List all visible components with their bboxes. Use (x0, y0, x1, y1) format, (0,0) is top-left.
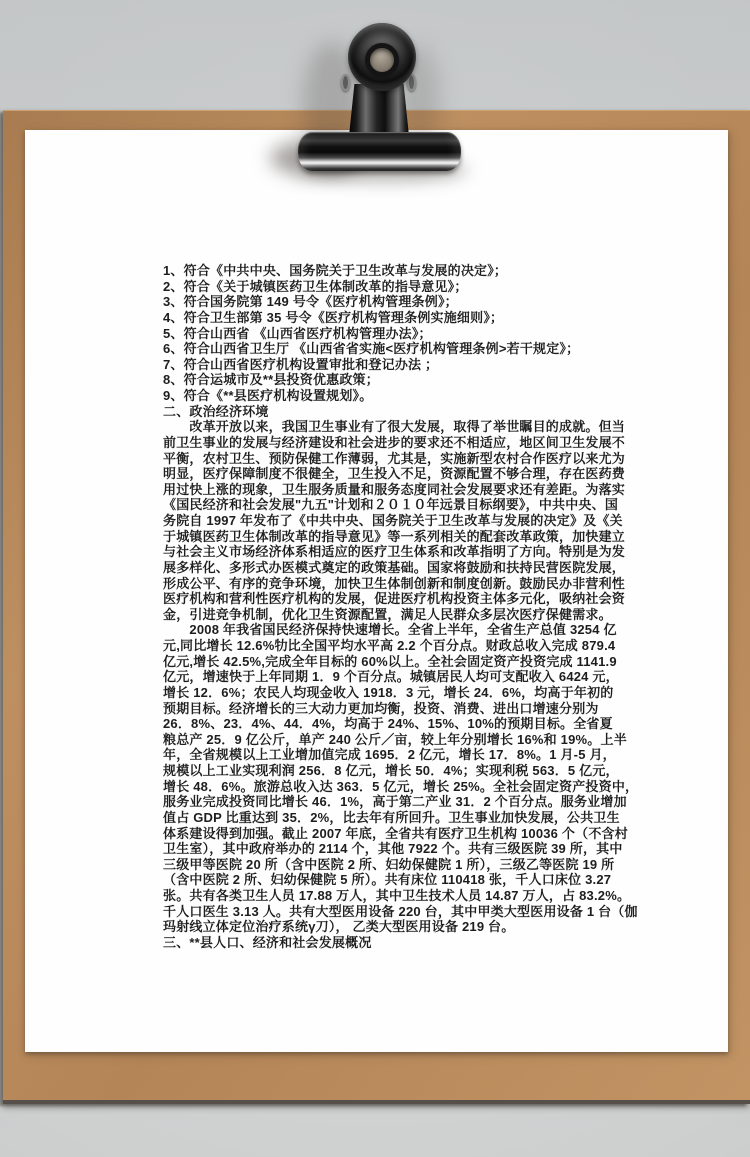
binder-clip-ring-hole (365, 43, 399, 77)
binder-clip-ring (348, 23, 416, 91)
text-line: 卫生室），其中政府举办的 2114 个，其他 7922 个。共有三级医院 39 … (163, 841, 599, 857)
text-line: 增长 48．6%。旅游总收入达 363．5 亿元，增长 25%。全社会固定资产投… (163, 779, 599, 795)
text-line: 8、符合运城市及**县投资优惠政策； (163, 372, 599, 388)
text-line: 于城镇医药卫生体制改革的指导意见》等一系列相关的配套改革政策，加快建立 (163, 529, 599, 545)
text-line: （含中医院 2 所、妇幼保健院 5 所）。共有床位 110418 张，千人口床位… (163, 872, 599, 888)
text-line: 2、符合《关于城镇医药卫生体制改革的指导意见》； (163, 279, 599, 295)
binder-clip-neck (349, 84, 409, 136)
text-line: 4、符合卫生部第 35 号令《医疗机构管理条例实施细则》； (163, 310, 599, 326)
text-line: 《国民经济和社会发展"九五"计划和２０１０年远景目标纲要》，中共中央、国 (163, 497, 599, 513)
text-line: 与社会主义市场经济体系相适应的医疗卫生体系和改革指明了方向。特别是为发 (163, 544, 599, 560)
text-line: 增长 12．6%；农民人均现金收入 1918．3 元，增长 24．6%，均高于年… (163, 685, 599, 701)
text-line: 预期目标。经济增长的三大动力更加均衡，投资、消费、进出口增速分别为 (163, 701, 599, 717)
text-line: 7、符合山西省医疗机构设置审批和登记办法 ； (163, 357, 599, 373)
binder-clip-bar (298, 132, 461, 171)
text-line: 元,同比增长 12.6%牞比全国平均水平高 2.2 个百分点。财政总收入完成 8… (163, 638, 599, 654)
text-line: 三级甲等医院 20 所（含中医院 2 所、妇幼保健院 1 所），三级乙等医院 1… (163, 857, 599, 873)
text-line: 规模以上工业实现利润 256．8 亿元，增长 50．4%；实现利税 563．5 … (163, 763, 599, 779)
document-text: 1、符合《中共中央、国务院关于卫生改革与发展的决定》；2、符合《关于城镇医药卫生… (163, 263, 599, 951)
text-line: 粮总产 25．9 亿公斤，单产 240 公斤／亩，较上年分别增长 16%和 19… (163, 732, 599, 748)
text-line: 前卫生事业的发展与经济建设和社会进步的要求还不相适应，地区间卫生发展不 (163, 435, 599, 451)
text-line: 玛射线立体定位治疗系统γ刀）， 乙类大型医用设备 219 台。 (163, 919, 599, 935)
text-line: 亿元，增速快于上年同期 1．9 个百分点。城镇居民人均可支配收入 6424 元， (163, 669, 599, 685)
text-line: 1、符合《中共中央、国务院关于卫生改革与发展的决定》； (163, 263, 599, 279)
text-line: 平衡，农村卫生、预防保健工作薄弱，尤其是，实施新型农村合作医疗以来尤为 (163, 451, 599, 467)
text-line: 二、政治经济环境 (163, 404, 599, 420)
text-line: 金，引进竞争机制，优化卫生资源配置，满足人民群众多层次医疗保健需求。 (163, 607, 599, 623)
text-line: 2008 年我省国民经济保持快速增长。全省上半年，全省生产总值 3254 亿 (163, 622, 599, 638)
text-line: 值占 GDP 比重达到 35．2%，比去年有所回升。卫生事业加快发展，公共卫生 (163, 810, 599, 826)
binder-clip-hook-left (341, 74, 350, 91)
text-line: 三、**县人口、经济和社会发展概况 (163, 935, 599, 951)
paper-sheet: 1、符合《中共中央、国务院关于卫生改革与发展的决定》；2、符合《关于城镇医药卫生… (25, 130, 728, 1052)
text-line: 医疗机构和营利性医疗机构的发展，促进医疗机构投资主体多元化，吸纳社会资 (163, 591, 599, 607)
text-line: 千人口医生 3.13 人。共有大型医用设备 220 台，其中甲类大型医用设备 1… (163, 904, 599, 920)
text-line: 形成公平、有序的竞争环境，加快卫生体制创新和制度创新。鼓励民办非营利性 (163, 576, 599, 592)
text-line: 体系建设得到加强。截止 2007 年底，全省共有医疗卫生机构 10036 个（不… (163, 826, 599, 842)
text-line: 用过快上涨的现象，卫生服务质量和服务态度同社会发展要求还有差距。为落实 (163, 482, 599, 498)
text-line: 明显，医疗保障制度不很健全，卫生投入不足，资源配置不够合理，存在医药费 (163, 466, 599, 482)
text-line: 亿元,增长 42.5%,完成全年目标的 60%以上。全社会固定资产投资完成 11… (163, 654, 599, 670)
text-line: 6、符合山西省卫生厅 《山西省省实施<医疗机构管理条例>若干规定》； (163, 341, 599, 357)
text-line: 展多样化、多形式办医模式奠定的政策基础。国家将鼓励和扶持民营医院发展， (163, 560, 599, 576)
text-line: 年，全省规模以上工业增加值完成 1695．2 亿元，增长 17．8%。1 月-5… (163, 747, 599, 763)
text-line: 9、符合《**县医疗机构设置规划》。 (163, 388, 599, 404)
text-line: 张。共有各类卫生人员 17.88 万人，其中卫生技术人员 14.87 万人，占 … (163, 888, 599, 904)
text-line: 5、符合山西省 《山西省医疗机构管理办法》； (163, 326, 599, 342)
text-line: 26．8%、23．4%、44．4%，均高于 24%、15%、10%的预期目标。全… (163, 716, 599, 732)
text-line: 务院自 1997 年发布了《中共中央、国务院关于卫生改革与发展的决定》及《关 (163, 513, 599, 529)
text-line: 服务业完成投资同比增长 46．1%，高于第二产业 31．2 个百分点。服务业增加 (163, 794, 599, 810)
text-line: 改革开放以来，我国卫生事业有了很大发展，取得了举世瞩目的成就。但当 (163, 419, 599, 435)
text-line: 3、符合国务院第 149 号令《医疗机构管理条例》； (163, 294, 599, 310)
